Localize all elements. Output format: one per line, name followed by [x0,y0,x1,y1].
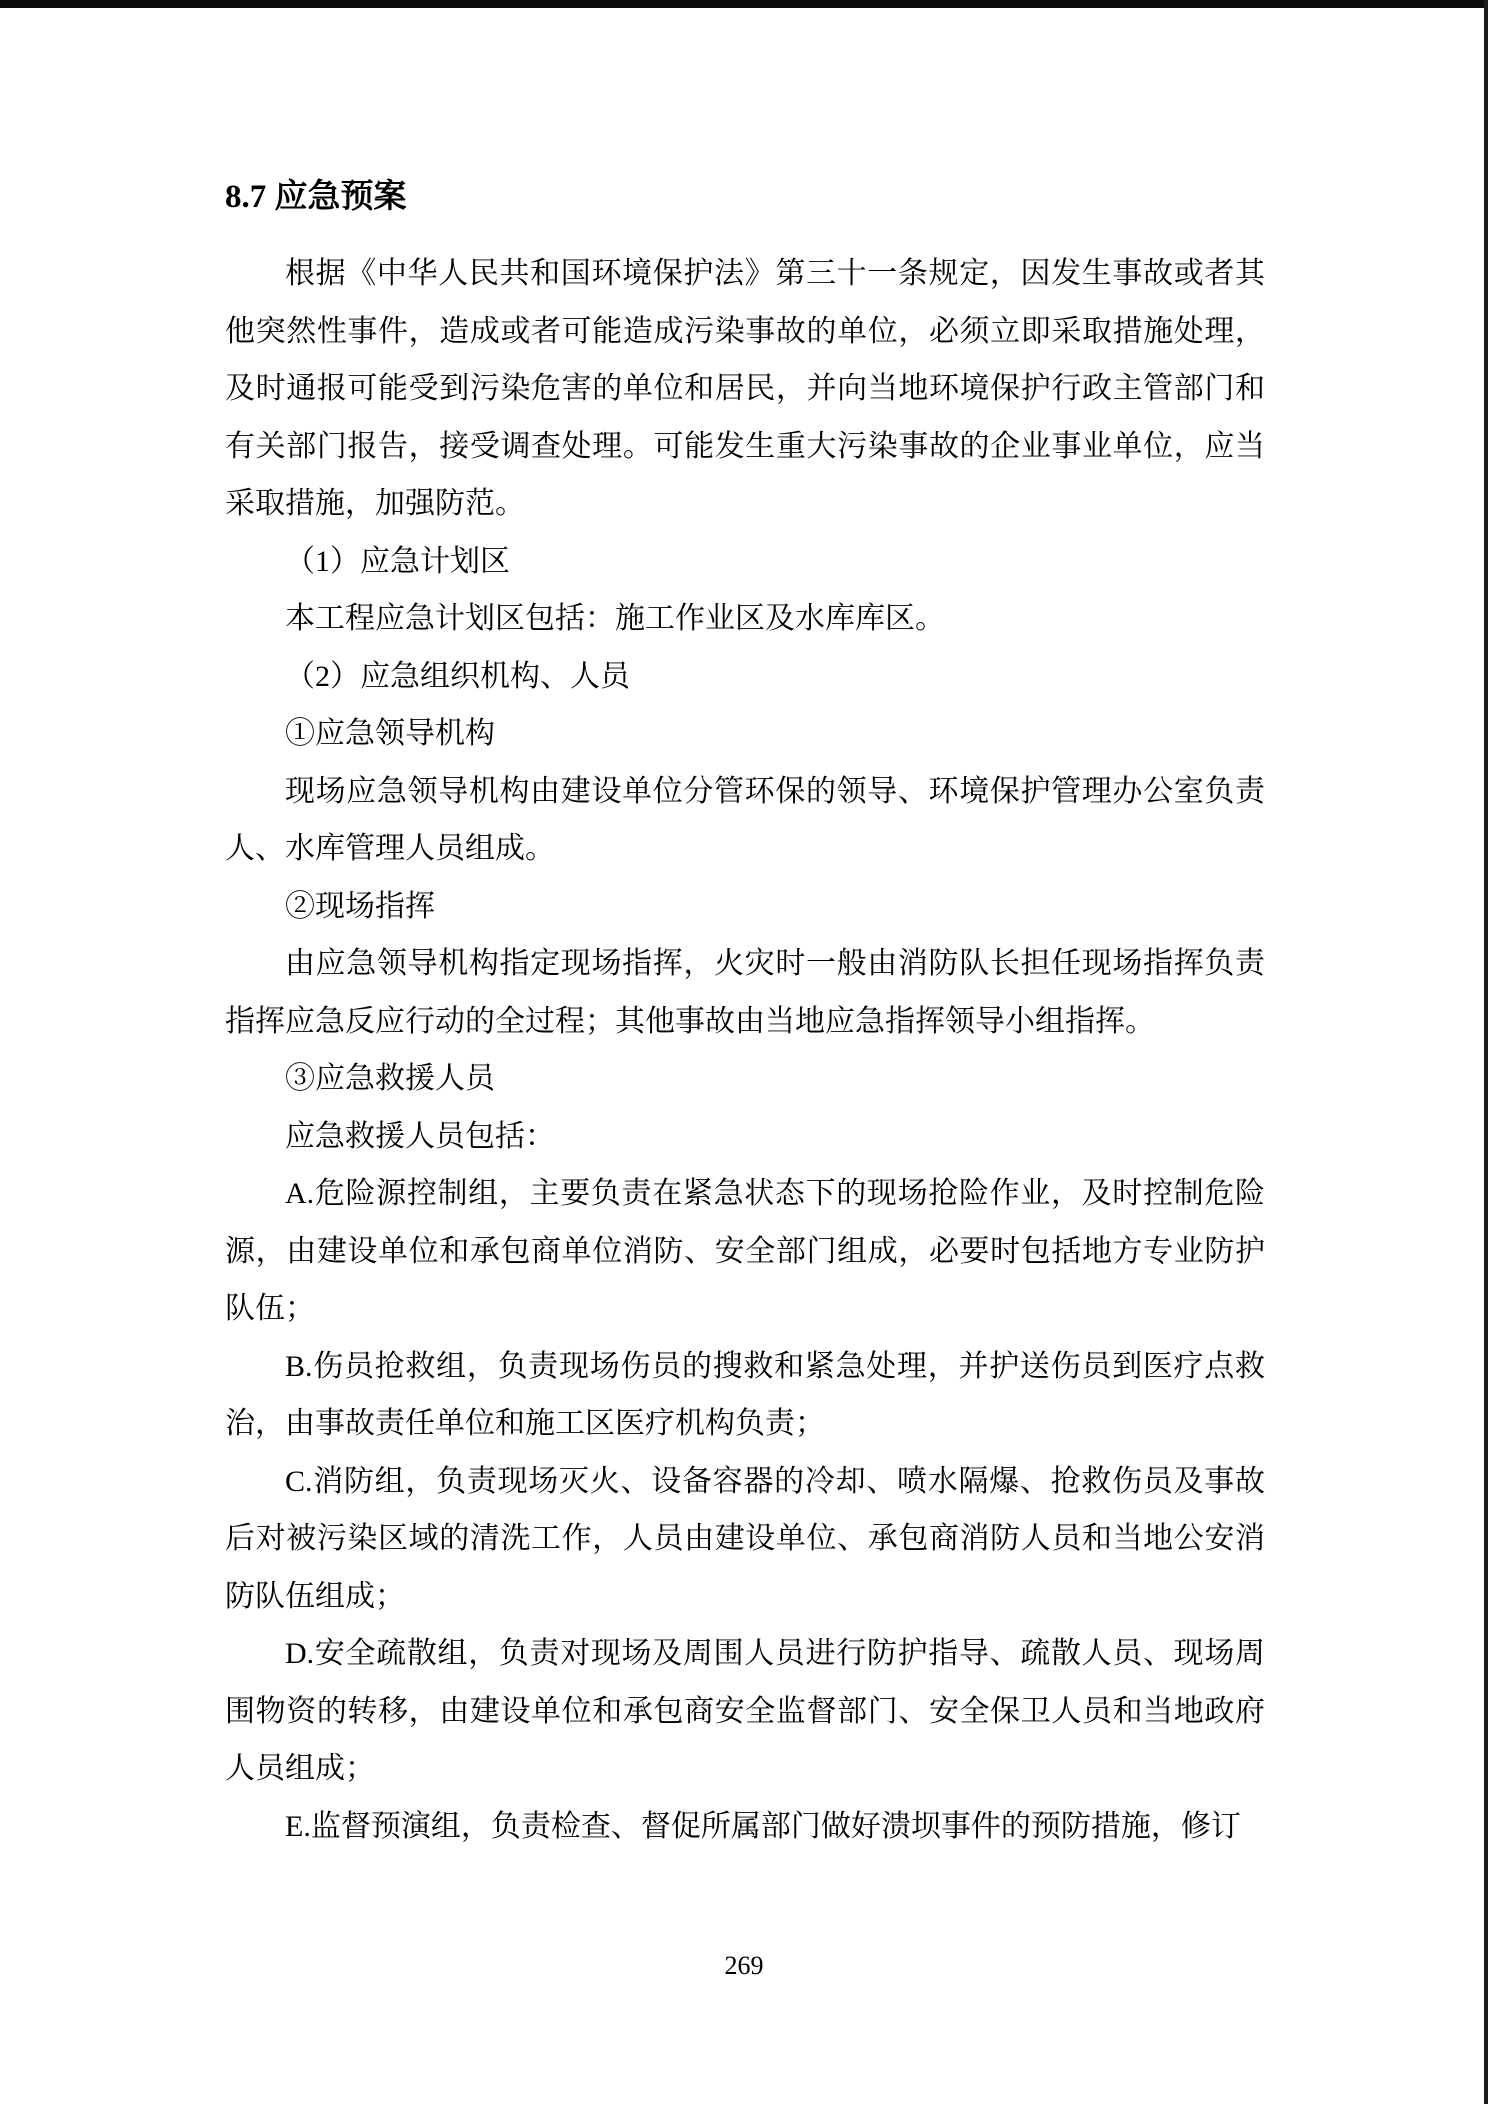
document-page: 8.7 应急预案 根据《中华人民共和国环境保护法》第三十一条规定，因发生事故或者… [0,0,1488,2104]
section-heading: 8.7 应急预案 [225,172,407,222]
paragraph: 根据《中华人民共和国环境保护法》第三十一条规定，因发生事故或者其他突然性事件，造… [225,245,1265,533]
paragraph: A.危险源控制组，主要负责在紧急状态下的现场抢险作业，及时控制危险源，由建设单位… [225,1165,1265,1338]
paragraph: （2）应急组织机构、人员 [225,648,1265,706]
paragraph: B.伤员抢救组，负责现场伤员的搜救和紧急处理，并护送伤员到医疗点救治，由事故责任… [225,1338,1265,1453]
paragraph: E.监督预演组，负责检查、督促所属部门做好溃坝事件的预防措施，修订 [225,1798,1265,1856]
paragraph: 应急救援人员包括： [225,1108,1265,1166]
paragraph: 由应急领导机构指定现场指挥，火灾时一般由消防队长担任现场指挥负责指挥应急反应行动… [225,935,1265,1050]
paragraph: 现场应急领导机构由建设单位分管环保的领导、环境保护管理办公室负责人、水库管理人员… [225,763,1265,878]
paragraph: 本工程应急计划区包括：施工作业区及水库库区。 [225,590,1265,648]
paragraph: ①应急领导机构 [225,705,1265,763]
paragraph: D.安全疏散组，负责对现场及周围人员进行防护指导、疏散人员、现场周围物资的转移，… [225,1625,1265,1798]
paragraph: ②现场指挥 [225,878,1265,936]
paragraph: ③应急救援人员 [225,1050,1265,1108]
document-body: 根据《中华人民共和国环境保护法》第三十一条规定，因发生事故或者其他突然性事件，造… [225,245,1265,1855]
scan-edge-right [1484,0,1488,2104]
scan-edge-top [0,0,1488,8]
paragraph: C.消防组，负责现场灭火、设备容器的冷却、喷水隔爆、抢救伤员及事故后对被污染区域… [225,1453,1265,1626]
paragraph: （1）应急计划区 [225,533,1265,591]
page-number: 269 [0,1950,1488,1982]
